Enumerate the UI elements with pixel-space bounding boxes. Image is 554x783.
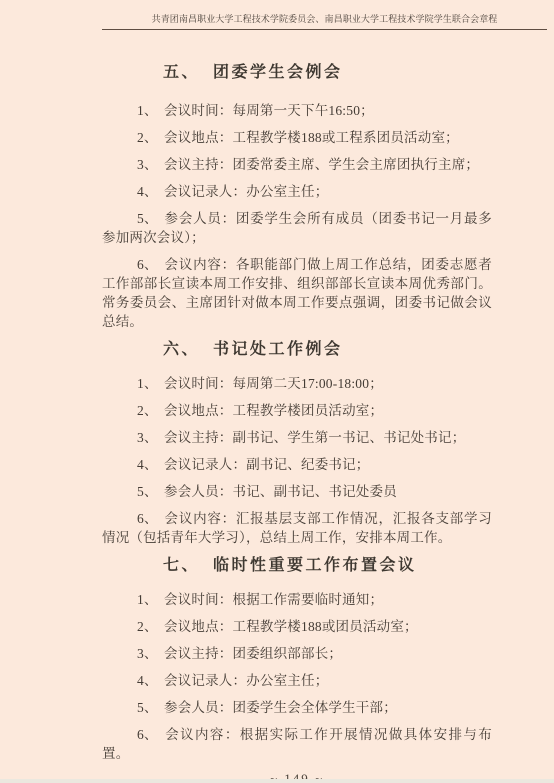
- list-item: 5、参会人员：书记、副书记、书记处委员: [102, 482, 492, 501]
- item-number: 5、: [137, 209, 164, 228]
- section-heading: 七、临时性重要工作布置会议: [102, 555, 492, 576]
- item-number: 2、: [137, 617, 164, 636]
- item-number: 1、: [137, 590, 164, 609]
- list-item: 5、参会人员：团委学生会全体学生干部；: [102, 698, 492, 717]
- running-header-title: 共青团南昌职业大学工程技术学院委员会、南昌职业大学工程技术学院学生联合会章程: [152, 14, 498, 24]
- page-bottom-edge: [0, 779, 554, 783]
- document-section: 五、团委学生会例会 1、会议时间：每周第一天下午16:50； 2、会议地点：工程…: [102, 62, 492, 331]
- section-item-list: 1、会议时间：每周第一天下午16:50； 2、会议地点：工程教学楼188或工程系…: [102, 101, 492, 331]
- item-number: 4、: [137, 182, 164, 201]
- item-number: 4、: [137, 455, 164, 474]
- item-text: 会议记录人：办公室主任；: [164, 673, 328, 688]
- section-heading: 五、团委学生会例会: [102, 62, 492, 83]
- item-number: 6、: [137, 509, 164, 528]
- item-text: 会议时间：每周第一天下午16:50；: [164, 103, 374, 118]
- list-item: 3、会议主持：团委常委主席、学生会主席团执行主席；: [102, 155, 492, 174]
- document-section: 六、书记处工作例会 1、会议时间：每周第二天17:00-18:00； 2、会议地…: [102, 339, 492, 547]
- item-text: 会议主持：团委常委主席、学生会主席团执行主席；: [164, 157, 479, 172]
- section-number: 六、: [163, 341, 200, 358]
- section-title: 团委学生会例会: [213, 64, 343, 81]
- list-item: 3、会议主持：副书记、学生第一书记、书记处书记；: [102, 428, 492, 447]
- list-item: 1、会议时间：每周第一天下午16:50；: [102, 101, 492, 120]
- item-number: 3、: [137, 155, 164, 174]
- list-item: 6、会议内容：各职能部门做上周工作总结，团委志愿者工作部部长宣读本周工作安排、组…: [102, 255, 492, 331]
- list-item: 2、会议地点：工程教学楼团员活动室；: [102, 401, 492, 420]
- item-number: 1、: [137, 101, 164, 120]
- item-number: 4、: [137, 671, 164, 690]
- list-item: 4、会议记录人：办公室主任；: [102, 182, 492, 201]
- item-number: 6、: [137, 255, 164, 274]
- list-item: 4、会议记录人：办公室主任；: [102, 671, 492, 690]
- item-number: 3、: [137, 644, 164, 663]
- item-text: 会议主持：副书记、学生第一书记、书记处书记；: [164, 430, 465, 445]
- item-text: 会议地点：工程教学楼团员活动室；: [164, 403, 383, 418]
- section-heading: 六、书记处工作例会: [102, 339, 492, 360]
- section-item-list: 1、会议时间：根据工作需要临时通知； 2、会议地点：工程教学楼188或团员活动室…: [102, 590, 492, 763]
- item-number: 2、: [137, 401, 164, 420]
- section-item-list: 1、会议时间：每周第二天17:00-18:00； 2、会议地点：工程教学楼团员活…: [102, 374, 492, 547]
- item-number: 5、: [137, 482, 164, 501]
- list-item: 6、会议内容：根据实际工作开展情况做具体安排与布置。: [102, 725, 492, 763]
- item-number: 3、: [137, 428, 164, 447]
- item-text: 会议记录人：办公室主任；: [164, 184, 328, 199]
- running-header: 共青团南昌职业大学工程技术学院委员会、南昌职业大学工程技术学院学生联合会章程: [102, 0, 547, 30]
- item-text: 参会人员：书记、副书记、书记处委员: [164, 484, 397, 499]
- item-number: 5、: [137, 698, 164, 717]
- document-page: 共青团南昌职业大学工程技术学院委员会、南昌职业大学工程技术学院学生联合会章程 五…: [0, 0, 554, 783]
- list-item: 2、会议地点：工程教学楼188或团员活动室；: [102, 617, 492, 636]
- item-text: 会议地点：工程教学楼188或团员活动室；: [164, 619, 418, 634]
- list-item: 2、会议地点：工程教学楼188或工程系团员活动室；: [102, 128, 492, 147]
- section-title: 临时性重要工作布置会议: [213, 557, 417, 574]
- item-text: 参会人员：团委学生会全体学生干部；: [164, 700, 397, 715]
- page-content: 五、团委学生会例会 1、会议时间：每周第一天下午16:50； 2、会议地点：工程…: [102, 62, 492, 763]
- list-item: 1、会议时间：每周第二天17:00-18:00；: [102, 374, 492, 393]
- item-text: 会议时间：根据工作需要临时通知；: [164, 592, 383, 607]
- section-number: 五、: [163, 64, 200, 81]
- list-item: 4、会议记录人：副书记、纪委书记；: [102, 455, 492, 474]
- section-title: 书记处工作例会: [213, 341, 343, 358]
- document-section: 七、临时性重要工作布置会议 1、会议时间：根据工作需要临时通知； 2、会议地点：…: [102, 555, 492, 763]
- item-number: 1、: [137, 374, 164, 393]
- list-item: 1、会议时间：根据工作需要临时通知；: [102, 590, 492, 609]
- item-text: 会议地点：工程教学楼188或工程系团员活动室；: [164, 130, 459, 145]
- section-number: 七、: [163, 557, 200, 574]
- item-text: 会议时间：每周第二天17:00-18:00；: [164, 376, 383, 391]
- list-item: 5、参会人员：团委学生会所有成员（团委书记一月最多参加两次会议）；: [102, 209, 492, 247]
- list-item: 3、会议主持：团委组织部部长；: [102, 644, 492, 663]
- item-number: 2、: [137, 128, 164, 147]
- item-text: 会议主持：团委组织部部长；: [164, 646, 342, 661]
- item-number: 6、: [137, 725, 164, 744]
- item-text: 会议记录人：副书记、纪委书记；: [164, 457, 370, 472]
- list-item: 6、会议内容：汇报基层支部工作情况，汇报各支部学习情况（包括青年大学习），总结上…: [102, 509, 492, 547]
